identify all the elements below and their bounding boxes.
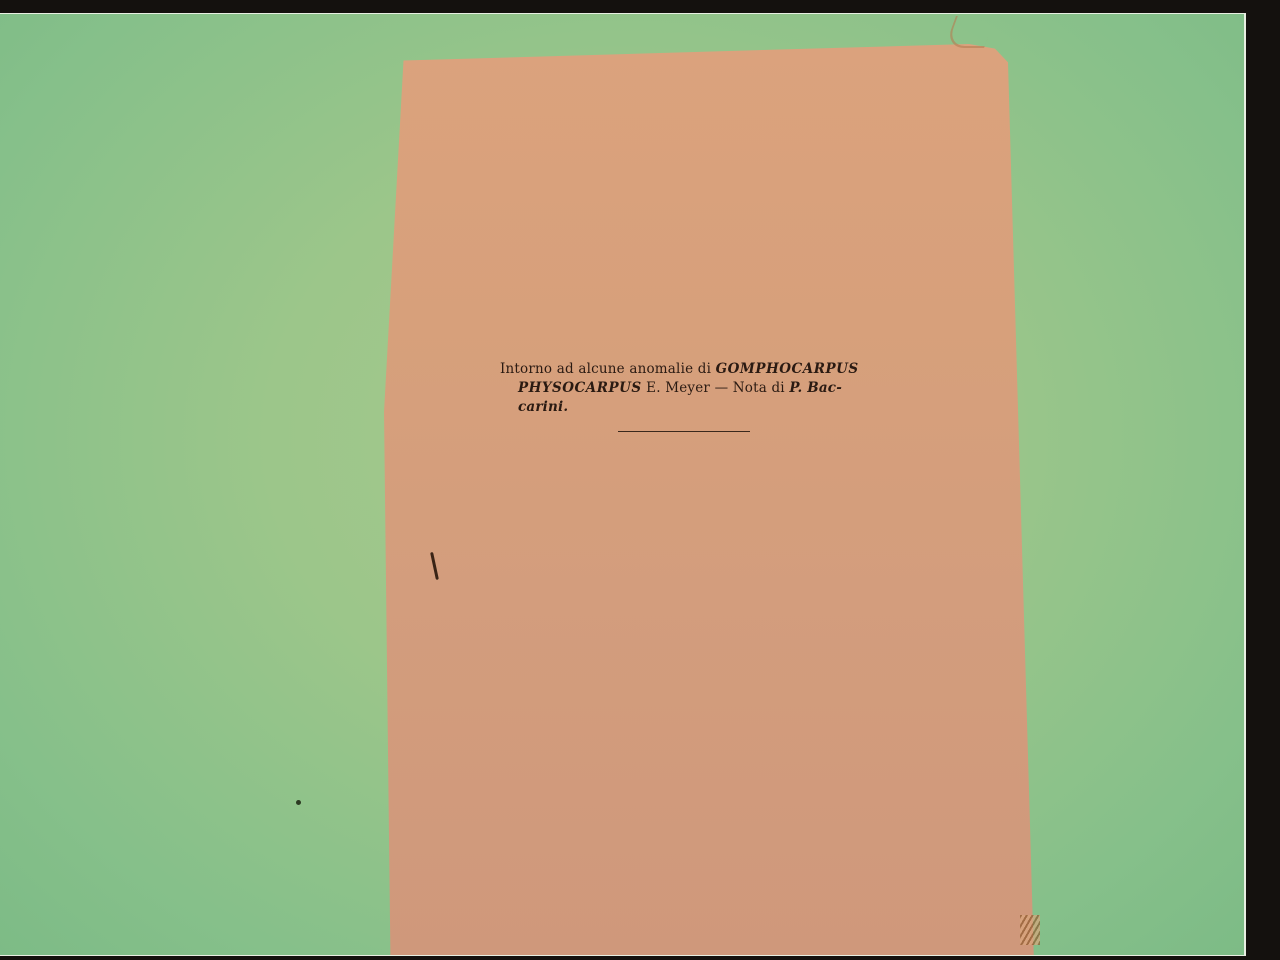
title-text: Intorno ad alcune anomalie di [500, 361, 716, 377]
genus-name: GOMPHOCARPUS [716, 361, 859, 377]
title-line-2: PHYSOCARPUS E. Meyer — Nota di P. Bac- [500, 379, 880, 398]
speck [296, 800, 301, 805]
species-name: PHYSOCARPUS [518, 380, 642, 396]
title-text: E. Meyer — Nota di [642, 380, 790, 396]
photo-frame [0, 13, 1246, 956]
document-cover [384, 44, 1034, 956]
document-title: Intorno ad alcune anomalie di GOMPHOCARP… [500, 360, 880, 417]
title-line-3: carini. [500, 398, 880, 417]
author-name: P. Bac- [789, 380, 842, 396]
corner-crease-bottom-right [1020, 915, 1040, 945]
title-line-1: Intorno ad alcune anomalie di GOMPHOCARP… [500, 360, 880, 379]
author-name-cont: carini. [518, 399, 568, 415]
title-rule [618, 431, 750, 432]
